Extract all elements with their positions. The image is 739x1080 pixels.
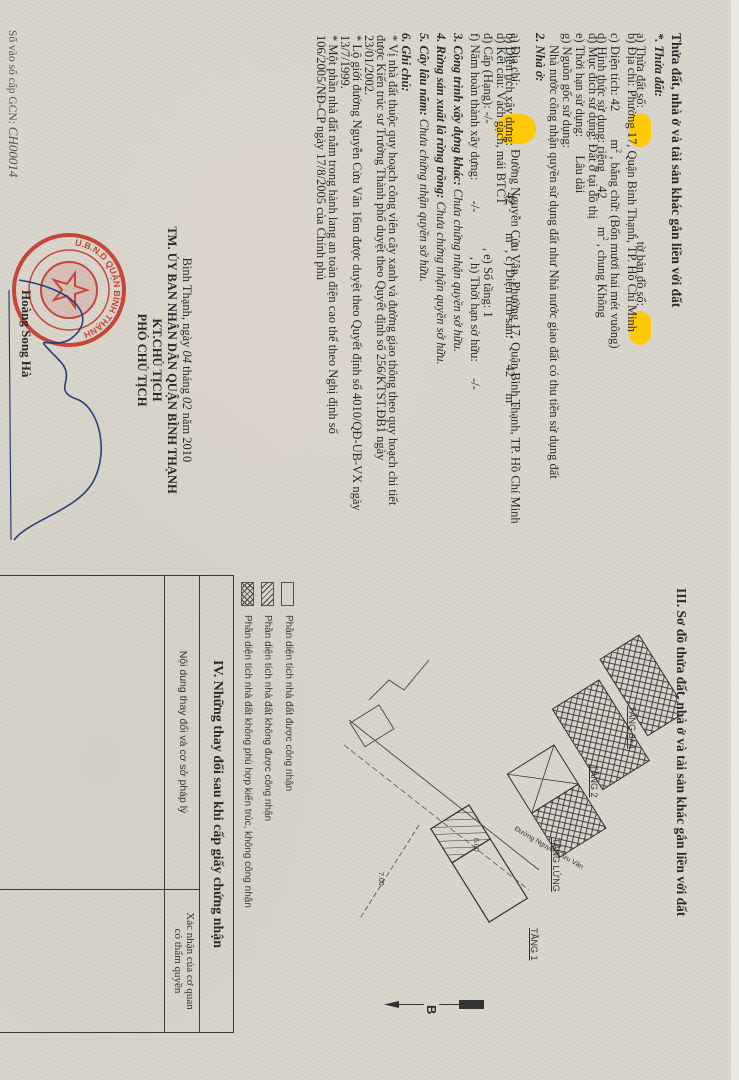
land-term-value: Lâu dài: [573, 155, 587, 193]
note-line: 106/2005/NĐ-CP ngày 17/8/2005 của Chính …: [314, 35, 328, 280]
place-date-prefix: Bình Thạnh, ngày: [180, 258, 194, 348]
scan-edge: [731, 0, 739, 1080]
land-term-row: e) Thời hạn sử dụng: Lâu dài: [573, 33, 587, 193]
legend-not-recognized: Phần diện tích nhà đất không được công n…: [262, 615, 273, 821]
floor-area-unit: m: [503, 393, 517, 403]
table-header-divider: [164, 575, 165, 1033]
perennial-label: 5. Cây lâu năm:: [417, 33, 431, 116]
forest-value: Chưa chứng nhận quyền sở hữu.: [434, 202, 448, 365]
legend-blank-swatch: [281, 582, 294, 606]
land-origin-value: Nhà nước công nhận quyền sử dụng đất như…: [547, 45, 561, 479]
land-certificate-page: Thửa đất, nhà ở và tài sản khác gắn liền…: [0, 0, 739, 1080]
col2-line2: có thẩm quyền: [172, 889, 184, 1033]
floor-area-value: 42: [503, 365, 517, 378]
land-purpose: đ) Mục đích sử dụng: Đất ở tại đô thị: [586, 33, 600, 219]
north-label: B: [424, 1003, 439, 1016]
kt-title: KT.CHỦ TỊCH: [149, 215, 164, 505]
usage-unit: m: [595, 227, 609, 237]
registry-number: CH00014: [6, 127, 21, 178]
perennial-value: Chưa chứng nhận quyền sở hữu.: [417, 119, 431, 282]
house-grade: đ) Cấp (Hạng): -/-: [481, 33, 495, 124]
perennial-row: 5. Cây lâu năm: Chưa chứng nhận quyền sở…: [417, 33, 431, 282]
completion-year-label: f) Năm hoàn thành xây dựng:: [468, 33, 482, 180]
other-works-label: 3. Công trình xây dựng khác:: [451, 33, 465, 186]
date-day: 04: [180, 351, 194, 364]
col2-line1: Xác nhận của cơ quan: [184, 889, 196, 1033]
land-address-value: Phường 17, Quận Bình Thạnh, TP. Hồ Chí M…: [625, 90, 639, 332]
notes-label: 6. Ghi chú:: [399, 33, 413, 92]
other-works-value: Chưa chứng nhận quyền sở hữu.: [451, 189, 465, 352]
date-month: 02: [180, 397, 194, 410]
land-address-label: b) Địa chỉ:: [625, 33, 639, 86]
house-year-row: f) Năm hoàn thành xây dựng: -/- , h) Thờ…: [468, 33, 482, 390]
table-column-divider: [0, 889, 200, 890]
usage-shared: , chung Không: [595, 244, 609, 318]
house-floors: , e) Số tầng: 1: [481, 248, 495, 318]
other-works-row: 3. Công trình xây dựng khác: Chưa chứng …: [451, 33, 465, 352]
legend-recognized: Phần diện tích nhà đất được công nhận: [283, 615, 294, 791]
built-area-unit: m: [503, 233, 517, 243]
svg-text:6.00: 6.00: [472, 838, 479, 852]
signature-block: Bình Thạnh, ngày 04 tháng 02 năm 2010 TM…: [134, 215, 194, 505]
issuing-org: TM. ỦY BAN NHÂN DÂN QUẬN BÌNH THẠNH: [164, 215, 179, 505]
date-year: năm 2010: [180, 413, 194, 463]
land-origin-label: g) Nguồn gốc sử dụng:: [560, 33, 574, 148]
land-section-label: *. Thửa đất:: [652, 33, 666, 97]
svg-text:7.00: 7.00: [377, 872, 384, 886]
forest-label: 4. Rừng sản xuất là rừng trồng:: [434, 33, 448, 198]
house-structure: d) Kết cấu: Vách gạch, mái BTCT: [494, 33, 508, 205]
month-label: tháng: [180, 366, 194, 394]
land-term-label: e) Thời hạn sử dụng:: [573, 33, 587, 137]
signer-name: Hoàng Song Hà: [18, 290, 34, 377]
house-section-label: 2. Nhà ở:: [533, 33, 547, 82]
place-date: Bình Thạnh, ngày 04 tháng 02 năm 2010: [179, 215, 194, 505]
table-divider: [199, 575, 200, 1033]
col-header-changes: Nội dung thay đổi và cơ sở pháp lý: [177, 575, 189, 889]
house-grade-row: đ) Cấp (Hạng): -/- , e) Số tầng: 1: [481, 33, 495, 318]
floor-area-label: , c) Diện tích sàn:: [503, 250, 517, 339]
note-line: * Lộ giới đường Nguyễn Cửu Vân 16m được …: [350, 35, 364, 511]
page-heading: Thửa đất, nhà ở và tài sản khác gắn liền…: [668, 33, 684, 307]
col-header-confirmation: Xác nhận của cơ quan có thẩm quyền: [172, 889, 196, 1033]
ownership-term-value: -/-: [468, 378, 482, 390]
completion-year-value: -/-: [468, 201, 482, 213]
land-address-row: b) Địa chỉ: Phường 17, Quận Bình Thạnh, …: [625, 33, 639, 332]
ownership-term-label: , h) Thời hạn sở hữu:: [468, 257, 482, 362]
parcel-diagram: Đường Nguyễn Cửu Vân 6.00 7.00: [339, 580, 679, 1000]
note-line: được Kiến trúc sư Trưởng Thành phố duyệt…: [374, 35, 388, 460]
legend-diagonal-swatch: [261, 582, 274, 606]
legend-non-compliant: Phần diện tích nhà đất không phù hợp kiế…: [242, 615, 253, 908]
registry-label: Số vào sổ cấp GCN:: [6, 30, 18, 124]
forest-row: 4. Rừng sản xuất là rừng trồng: Chưa chứ…: [434, 33, 448, 365]
registry-row: Số vào sổ cấp GCN: CH00014: [5, 30, 21, 177]
legend-cross-swatch: [241, 582, 254, 606]
changes-table-title: IV. Những thay đổi sau khi cấp giấy chứn…: [209, 575, 225, 1033]
